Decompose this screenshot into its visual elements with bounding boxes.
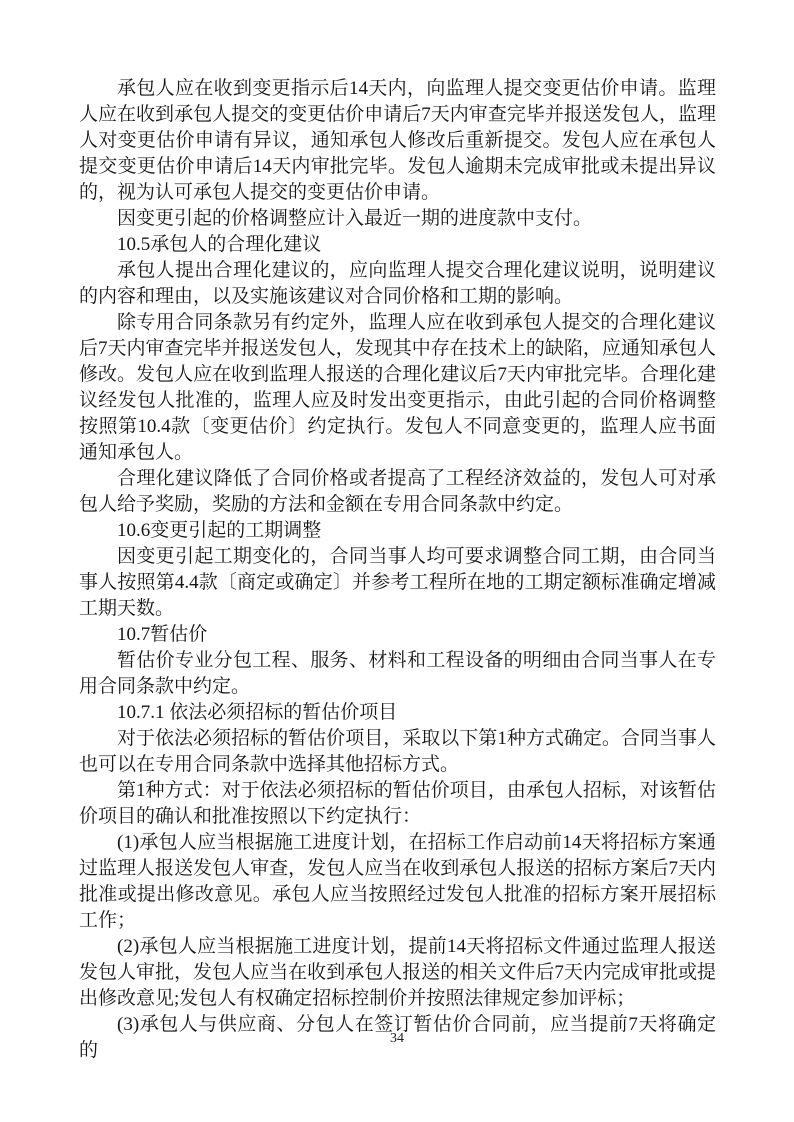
document-body: 承包人应在收到变更指示后14天内，向监理人提交变更估价申请。监理人应在收到承包人… [79,76,716,1064]
body-paragraph: 承包人提出合理化建议的，应向监理人提交合理化建议说明，说明建议的内容和理由，以及… [79,258,716,310]
body-paragraph: 第1种方式：对于依法必须招标的暂估价项目，由承包人招标，对该暂估价项目的确认和批… [79,778,716,830]
body-paragraph: 暂估价专业分包工程、服务、材料和工程设备的明细由合同当事人在专用合同条款中约定。 [79,648,716,700]
body-paragraph: 承包人应在收到变更指示后14天内，向监理人提交变更估价申请。监理人应在收到承包人… [79,76,716,206]
sub-clause-heading: 10.7.1 依法必须招标的暂估价项目 [79,700,716,726]
page-number: 34 [0,1030,794,1048]
numbered-item: (2)承包人应当根据施工进度计划，提前14天将招标文件通过监理人报送发包人审批，… [79,934,716,1012]
document-page: 承包人应在收到变更指示后14天内，向监理人提交变更估价申请。监理人应在收到承包人… [0,0,794,1122]
body-paragraph: 对于依法必须招标的暂估价项目，采取以下第1种方式确定。合同当事人也可以在专用合同… [79,726,716,778]
body-paragraph: 因变更引起工期变化的，合同当事人均可要求调整合同工期，由合同当事人按照第4.4款… [79,544,716,622]
clause-heading: 10.6变更引起的工期调整 [79,518,716,544]
body-paragraph: 合理化建议降低了合同价格或者提高了工程经济效益的，发包人可对承包人给予奖励，奖励… [79,466,716,518]
clause-heading: 10.5承包人的合理化建议 [79,232,716,258]
body-paragraph: 除专用合同条款另有约定外，监理人应在收到承包人提交的合理化建议后7天内审查完毕并… [79,310,716,466]
numbered-item: (1)承包人应当根据施工进度计划，在招标工作启动前14天将招标方案通过监理人报送… [79,830,716,934]
body-paragraph: 因变更引起的价格调整应计入最近一期的进度款中支付。 [79,206,716,232]
clause-heading: 10.7暂估价 [79,622,716,648]
